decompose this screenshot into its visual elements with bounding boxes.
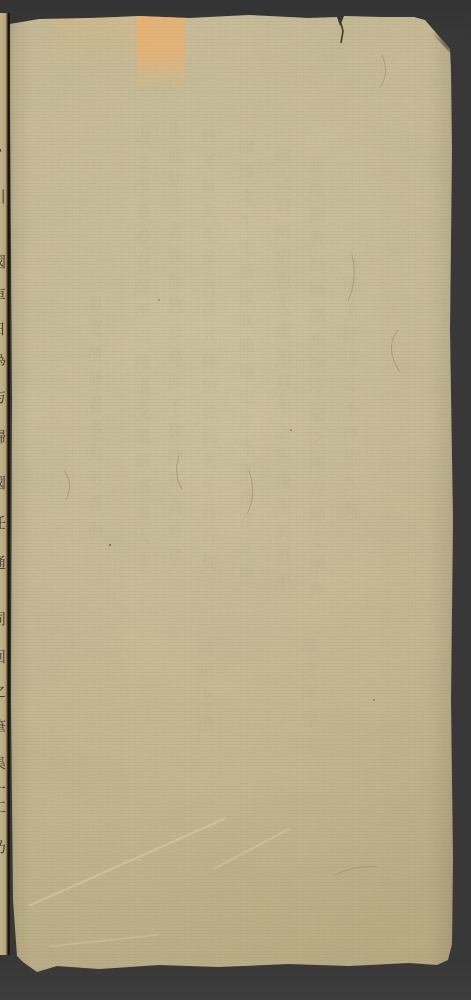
paper-fibers — [9, 0, 459, 1000]
bleed-through-glyph: 為 — [0, 352, 8, 367]
ghost-text-column: 是故無貴無賤無長無少道之所存師之所存 — [308, 156, 324, 606]
bleed-through-glyph: 國 — [0, 255, 8, 270]
label-residue-halo — [53, 15, 149, 67]
ghost-text-column: 古之學者必有師所以傳道受業解惑也人非 — [133, 128, 149, 578]
ghost-text-column: 也嗟乎師道之不傳也久矣 — [341, 250, 357, 525]
bleed-through-glyph: 歸 — [0, 430, 8, 445]
ghost-text-column: 道之所存 — [300, 636, 316, 736]
ghost-text-column: 師之吾師道也夫庸知其年之先後生於吾乎 — [274, 148, 290, 598]
paper-grain-texture — [9, 0, 459, 1000]
bleed-through-marginalia: 丶引國車日為与歸國任通同回之筆集一仁乃 — [0, 0, 8, 958]
crease-line — [214, 828, 290, 870]
folded-corner-shadow — [413, 14, 455, 58]
ghost-text-column: 生而知之者孰能無惑惑而不從師其為惑也 — [166, 122, 182, 572]
ghost-text-layer: 世之所傳者多矣可得而古之學者必有師所以傳道受業解惑也人非生而知之者孰能無惑惑而不… — [9, 0, 459, 1000]
crease-line — [29, 818, 226, 907]
bleed-through-glyph: 之 — [0, 684, 8, 699]
ghost-text-column: 終不解矣生乎吾前其聞道也固先乎吾吾從 — [200, 128, 216, 578]
scanner-bed: 丶引國車日為与歸國任通同回之筆集一仁乃 世之所傳者多矣可得而古之學者必有師所以傳… — [0, 0, 471, 1000]
bleed-through-glyph: 任 — [0, 516, 8, 531]
bleed-through-glyph: 引 — [0, 190, 8, 205]
bleed-through-glyph: 筆 — [0, 720, 8, 735]
bleed-through-glyph: 日 — [0, 322, 8, 337]
bleed-through-glyph: 丶 — [0, 143, 8, 158]
book-page: 世之所傳者多矣可得而古之學者必有師所以傳道受業解惑也人非生而知之者孰能無惑惑而不… — [9, 0, 459, 1000]
bleed-through-glyph: 仁 — [0, 800, 8, 815]
bleed-through-glyph: 一 — [0, 782, 8, 797]
bleed-through-glyph: 与 — [0, 390, 8, 405]
ghost-text-column: 其年之後 — [196, 640, 212, 740]
bleed-through-glyph: 車 — [0, 288, 8, 303]
laid-paper-texture — [9, 0, 459, 1000]
ghost-text-column: 世之所傳者多矣可得而 — [86, 295, 102, 545]
ghost-text-column: 而師之生乎吾後其聞道也亦先乎吾吾從而 — [237, 138, 253, 588]
bleed-through-glyph: 集 — [0, 756, 8, 771]
scanned-book-photograph: { "scan": { "subject": "Blank verso leaf… — [0, 0, 471, 1000]
bleed-through-glyph: 通 — [0, 556, 8, 571]
bleed-through-glyph: 同 — [0, 612, 8, 627]
paper-shading — [9, 0, 459, 1000]
bleed-through-glyph: 回 — [0, 650, 8, 665]
bleed-through-glyph: 乃 — [0, 840, 8, 855]
crease-line — [49, 935, 159, 948]
bleed-through-glyph: 國 — [0, 476, 8, 491]
label-residue — [137, 15, 185, 91]
